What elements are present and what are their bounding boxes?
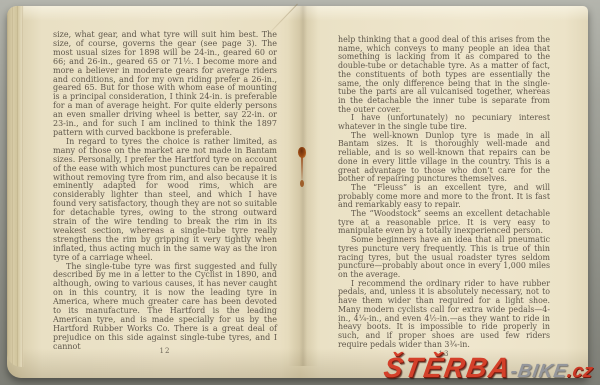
paragraph: In regard to tyres the choice is rather …: [53, 138, 277, 263]
left-page-number: 12: [53, 347, 277, 355]
photo-background: size, what gear, and what tyre will suit…: [0, 0, 600, 385]
paragraph: The well-known Dunlop tyre is made in al…: [338, 132, 550, 184]
paragraph: The “Fleuss” is an excellent tyre, and w…: [338, 184, 550, 210]
paragraph: The “Woodstock” seems an excellent detac…: [338, 210, 550, 236]
ink-stain-dot: [300, 180, 304, 187]
paragraph: help thinking that a good deal of this a…: [338, 36, 550, 114]
open-book: size, what gear, and what tyre will suit…: [7, 6, 588, 378]
watermark: ŠTĚRBA -BIKE .cz: [381, 352, 595, 384]
paragraph: I recommend the ordinary rider to have r…: [338, 280, 550, 350]
paragraph: The single-tube tyre was first suggested…: [53, 263, 277, 352]
paragraph: Some beginners have an idea that all pne…: [338, 236, 550, 280]
left-page: size, what gear, and what tyre will suit…: [53, 31, 277, 352]
left-page-edges: [7, 6, 24, 367]
watermark-suffix: -BIKE: [509, 361, 569, 383]
right-page: help thinking that a good deal of this a…: [338, 36, 550, 349]
paragraph: I have (unfortunately) no pecuniary inte…: [338, 114, 550, 131]
watermark-tld: .cz: [565, 361, 594, 383]
watermark-brand: ŠTĚRBA: [381, 352, 513, 384]
paragraph: size, what gear, and what tyre will suit…: [53, 31, 277, 138]
ink-stain-tail: [301, 157, 303, 180]
